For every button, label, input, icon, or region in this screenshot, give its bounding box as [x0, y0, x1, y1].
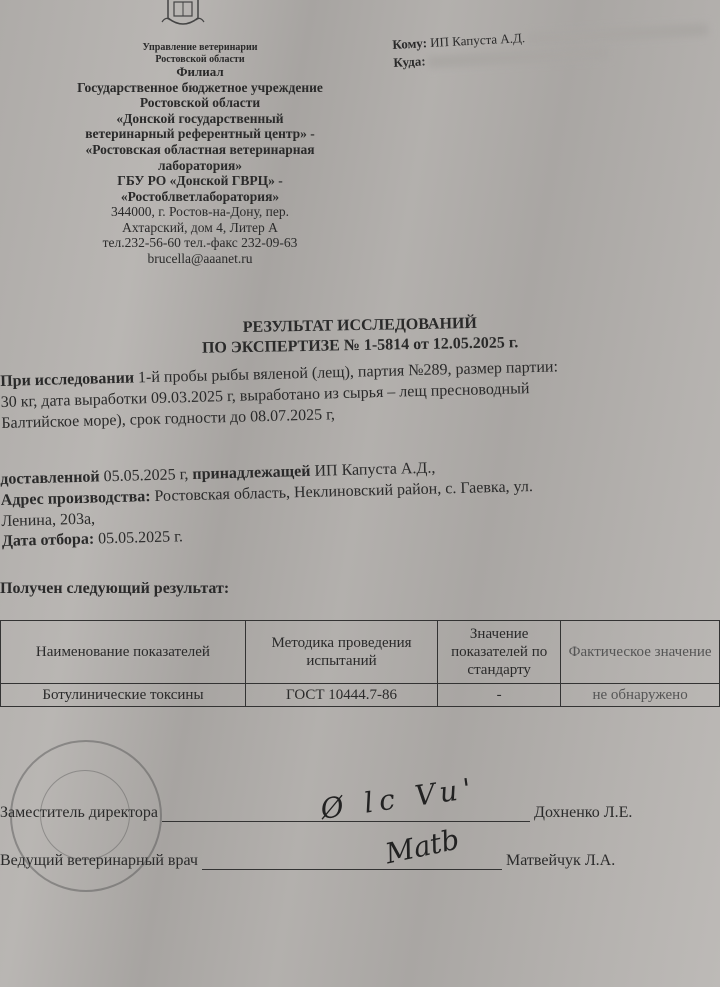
letterhead-line: Филиал — [40, 65, 360, 80]
signer-title: Заместитель директора — [0, 804, 158, 821]
recipient-where-label: Куда: — [393, 53, 426, 70]
address-label: Адрес производства: — [1, 488, 151, 509]
delivered-date: 05.05.2025 г, — [99, 466, 192, 485]
sampling-date-label: Дата отбора: — [2, 531, 95, 550]
column-header: Методика проведения испытаний — [245, 621, 437, 684]
letterhead-line: лаборатория» — [40, 158, 360, 174]
letterhead-phones: тел.232-56-60 тел.-факс 232-09-63 — [40, 235, 360, 251]
results-table: Наименование показателей Методика провед… — [0, 620, 720, 707]
sampling-date-value: 05.05.2025 г. — [94, 529, 183, 548]
letterhead-address: 344000, г. Ростов-на-Дону, пер. — [40, 204, 360, 220]
table-header-row: Наименование показателей Методика провед… — [1, 621, 720, 684]
table-cell: не обнаружено — [561, 684, 720, 707]
table-cell: - — [438, 684, 561, 707]
result-label: Получен следующий результат: — [0, 580, 229, 598]
signature-line — [202, 869, 502, 870]
column-header: Фактическое значение — [561, 621, 720, 684]
sample-description: При исследовании 1-й пробы рыбы вяленой … — [0, 357, 559, 434]
coat-of-arms-emblem — [160, 0, 206, 28]
owner-value: ИП Капуста А.Д., — [310, 460, 435, 480]
signer-title: Ведущий ветеринарный врач — [0, 852, 198, 869]
table-cell: Ботулинические токсины — [1, 684, 246, 707]
redacted-area — [429, 47, 609, 68]
letterhead-email: brucella@aaanet.ru — [40, 251, 360, 267]
letterhead-line: «Ростоблветлаборатория» — [40, 189, 360, 205]
recipient-to-label: Кому: — [392, 35, 427, 52]
delivery-info: доставленной 05.05.2025 г, принадлежащей… — [0, 456, 534, 553]
owner-label: принадлежащей — [192, 463, 311, 483]
table-row: Ботулинические токсины ГОСТ 10444.7-86 -… — [1, 684, 720, 707]
letterhead-line: «Ростовская областная ветеринарная — [40, 142, 360, 158]
letterhead-line: Государственное бюджетное учреждение — [40, 80, 360, 96]
letterhead-line: Ростовской области — [40, 95, 360, 111]
document-title: РЕЗУЛЬТАТ ИССЛЕДОВАНИЙ ПО ЭКСПЕРТИЗЕ № 1… — [150, 312, 571, 359]
signer-name: Матвейчук Л.А. — [506, 852, 615, 869]
column-header: Значение показателей по стандарту — [438, 621, 561, 684]
signature-row-vet: Ведущий ветеринарный врачМатвейчук Л.А. — [0, 852, 615, 870]
recipient-block: Кому: ИП Капуста А.Д. Куда: — [392, 19, 709, 72]
letterhead-address: Ахтарский, дом 4, Литер А — [40, 220, 360, 236]
sample-lead: При исследовании — [0, 369, 134, 389]
delivered-label: доставленной — [0, 468, 100, 488]
letterhead-line: «Донской государственный — [40, 111, 360, 127]
letterhead-line: ГБУ РО «Донской ГВРЦ» - — [40, 173, 360, 189]
letterhead: Управление ветеринарии Ростовской област… — [40, 42, 360, 266]
signature-row-deputy: Заместитель директораДохненко Л.Е. — [0, 804, 632, 822]
column-header: Наименование показателей — [1, 621, 246, 684]
letterhead-line: ветеринарный референтный центр» - — [40, 126, 360, 142]
signer-name: Дохненко Л.Е. — [534, 804, 632, 821]
table-cell: ГОСТ 10444.7-86 — [245, 684, 437, 707]
letterhead-line: Управление ветеринарии — [40, 42, 360, 54]
